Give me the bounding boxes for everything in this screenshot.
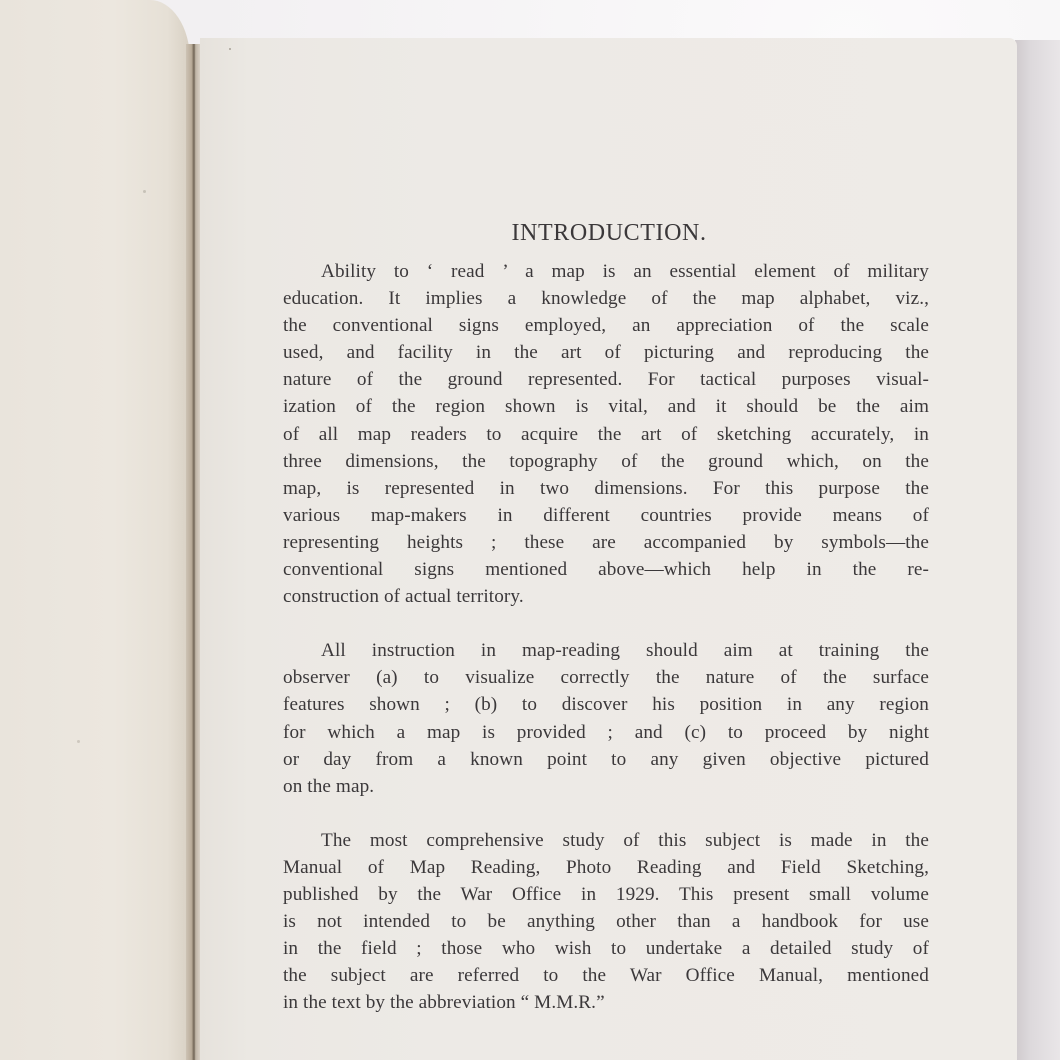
page-text: INTRODUCTION. Ability to ‘ read ’ a map … bbox=[283, 218, 929, 1016]
text-line: the conventional signs employed, an appr… bbox=[283, 312, 929, 339]
text-line: the subject are referred to the War Offi… bbox=[283, 962, 929, 989]
text-line: nature of the ground represented. For ta… bbox=[283, 366, 929, 393]
text-line: on the map. bbox=[283, 773, 929, 800]
right-page: INTRODUCTION. Ability to ‘ read ’ a map … bbox=[200, 38, 1017, 1060]
text-line: All instruction in map-reading should ai… bbox=[283, 637, 929, 664]
text-line: observer (a) to visualize correctly the … bbox=[283, 664, 929, 691]
paper-speck bbox=[143, 190, 146, 193]
text-line: ization of the region shown is vital, an… bbox=[283, 393, 929, 420]
paper-speck bbox=[77, 740, 80, 743]
text-line: three dimensions, the topography of the … bbox=[283, 448, 929, 475]
text-line: features shown ; (b) to discover his pos… bbox=[283, 691, 929, 718]
text-line: construction of actual territory. bbox=[283, 583, 929, 610]
text-line: conventional signs mentioned above—which… bbox=[283, 556, 929, 583]
paper-speck bbox=[229, 48, 231, 50]
text-line: used, and facility in the art of picturi… bbox=[283, 339, 929, 366]
text-line: published by the War Office in 1929. Thi… bbox=[283, 881, 929, 908]
text-line: map, is represented in two dimensions. F… bbox=[283, 475, 929, 502]
paragraph-3: The most comprehensive study of this sub… bbox=[283, 827, 929, 1017]
text-line: in the field ; those who wish to underta… bbox=[283, 935, 929, 962]
page-title: INTRODUCTION. bbox=[283, 218, 929, 248]
page-shadow bbox=[1015, 40, 1060, 1060]
text-line: Ability to ‘ read ’ a map is an essentia… bbox=[283, 258, 929, 285]
text-line: Manual of Map Reading, Photo Reading and… bbox=[283, 854, 929, 881]
paragraph-1: Ability to ‘ read ’ a map is an essentia… bbox=[283, 258, 929, 610]
text-line: is not intended to be anything other tha… bbox=[283, 908, 929, 935]
text-line: or day from a known point to any given o… bbox=[283, 746, 929, 773]
left-page bbox=[0, 0, 190, 1060]
text-line: education. It implies a knowledge of the… bbox=[283, 285, 929, 312]
text-line: for which a map is provided ; and (c) to… bbox=[283, 719, 929, 746]
text-line: representing heights ; these are accompa… bbox=[283, 529, 929, 556]
text-line: The most comprehensive study of this sub… bbox=[283, 827, 929, 854]
text-line: in the text by the abbreviation “ M.M.R.… bbox=[283, 989, 929, 1016]
text-line: of all map readers to acquire the art of… bbox=[283, 421, 929, 448]
paragraph-2: All instruction in map-reading should ai… bbox=[283, 637, 929, 800]
text-line: various map-makers in different countrie… bbox=[283, 502, 929, 529]
